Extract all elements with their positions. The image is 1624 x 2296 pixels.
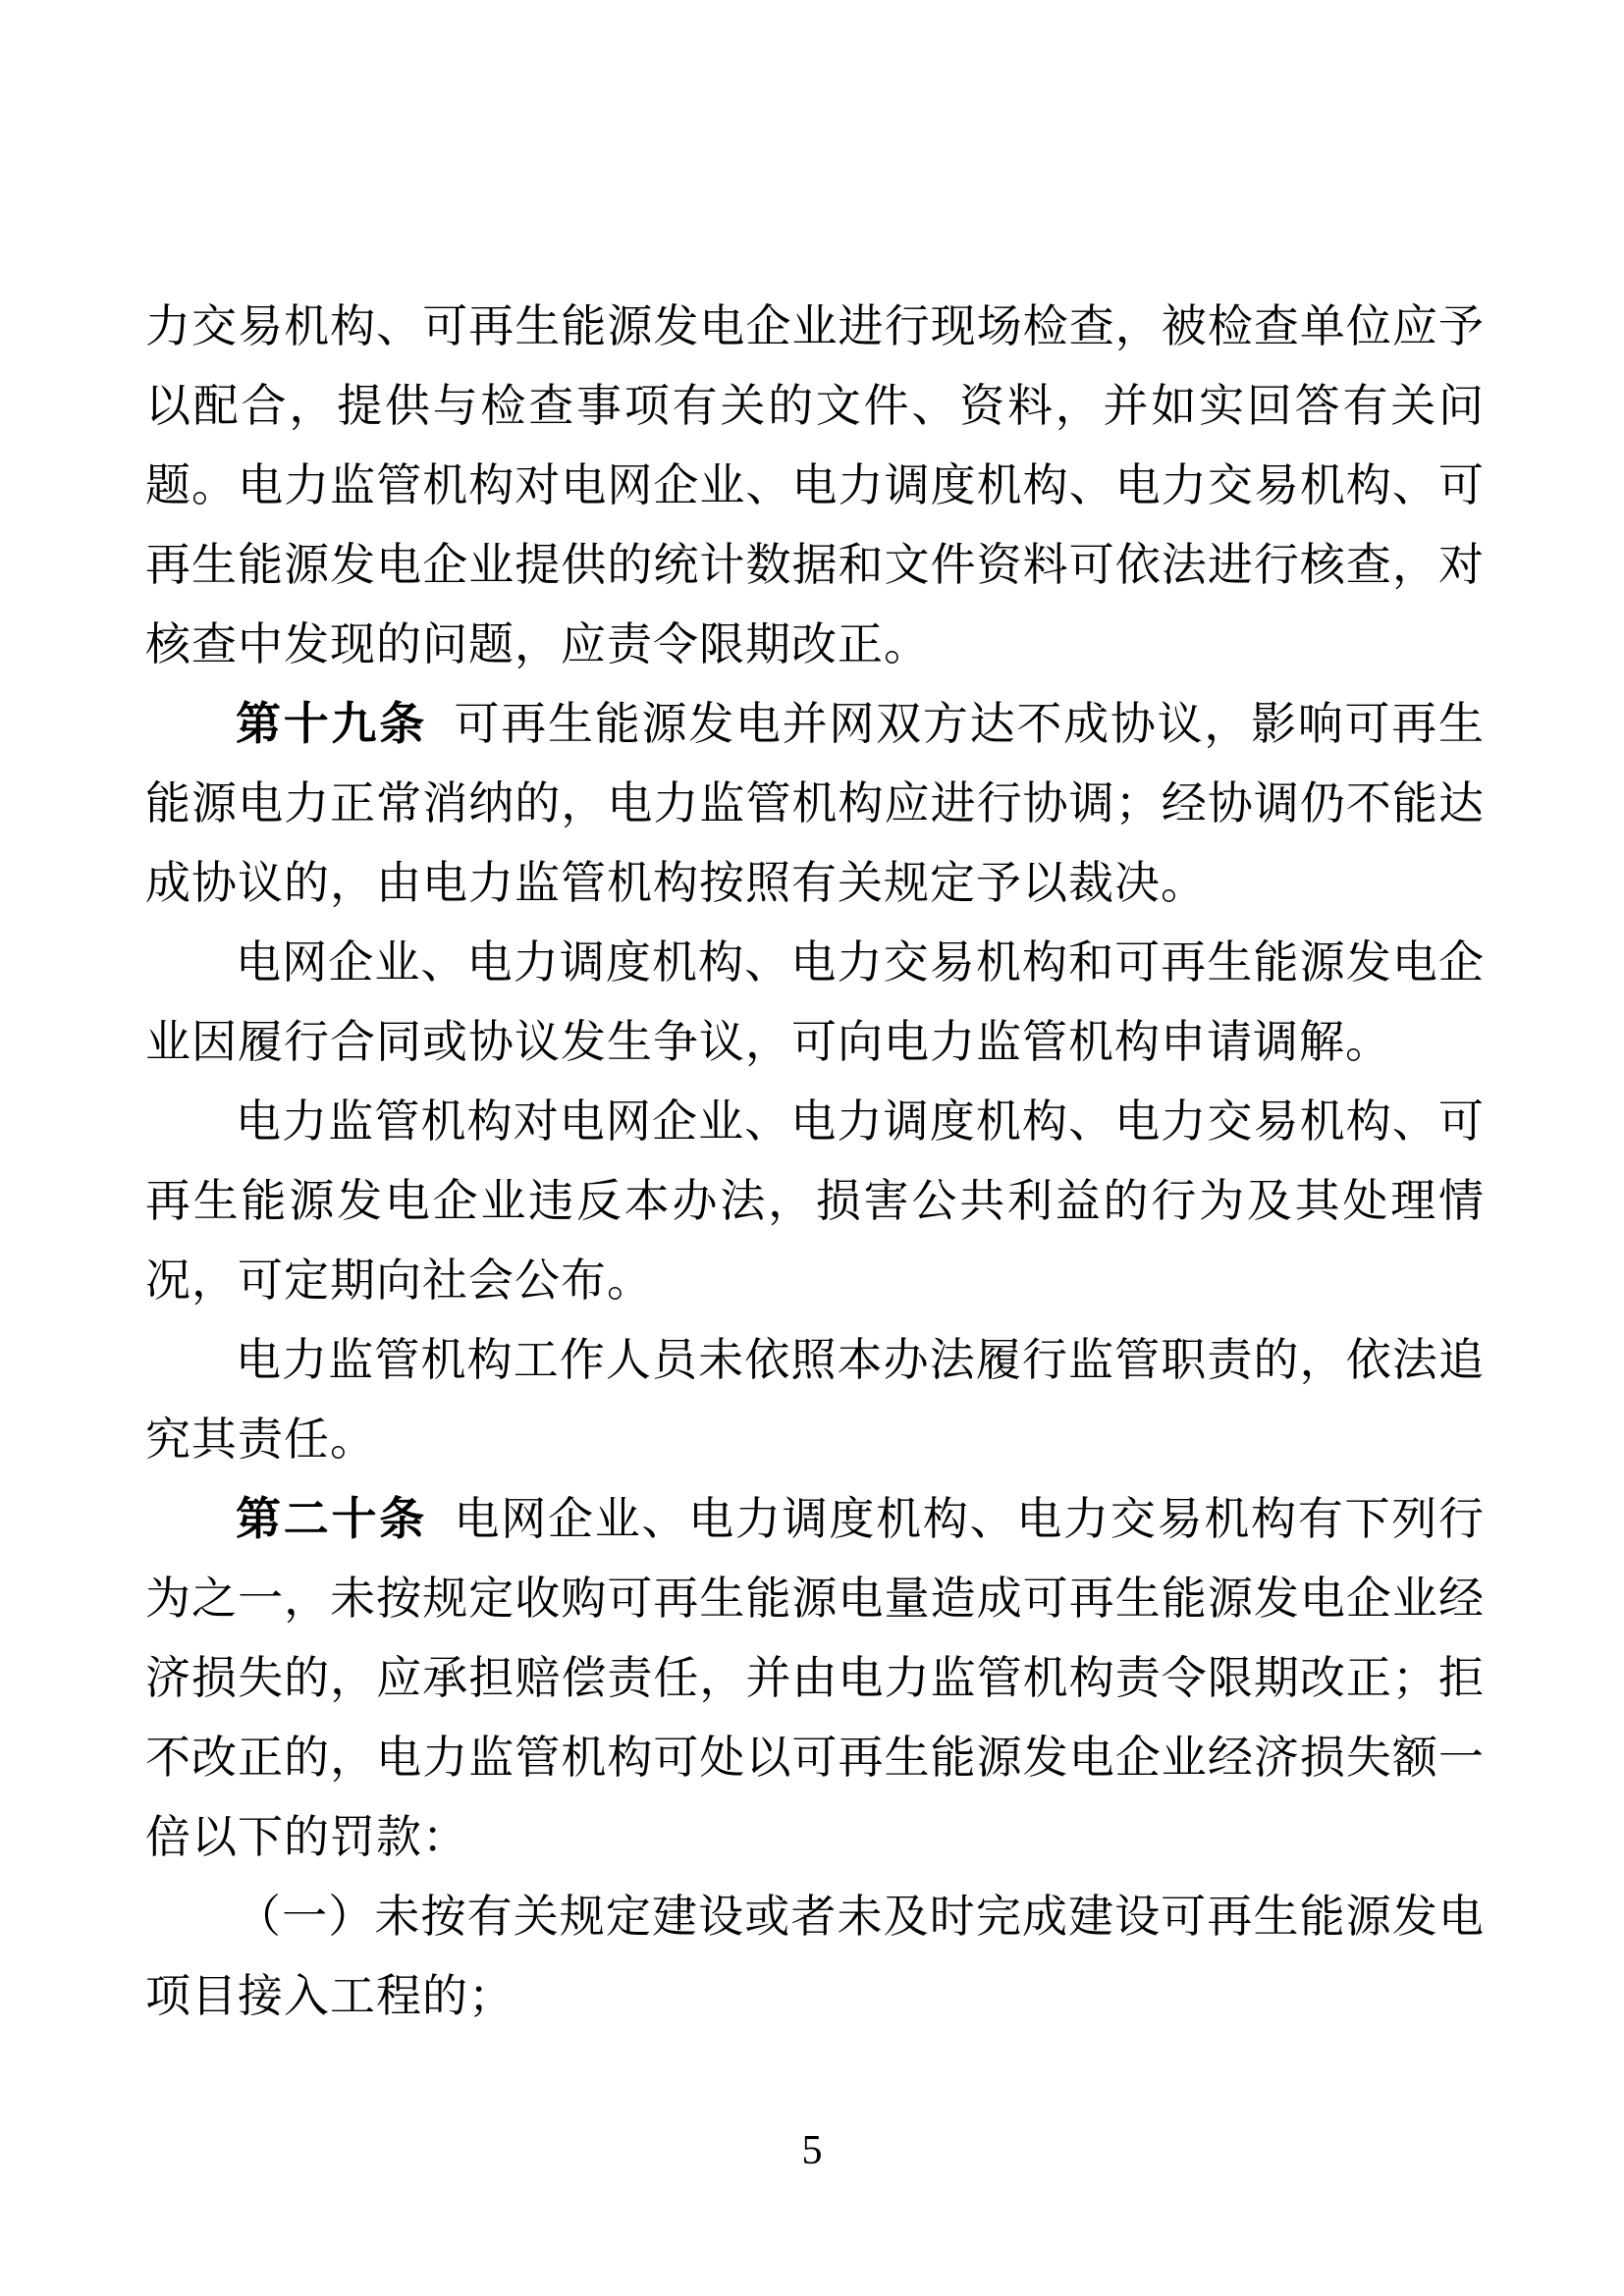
paragraph-text: 电网企业、电力调度机构、电力交易机构有下列行为之一，未按规定收购可再生能源电量造… — [145, 1494, 1485, 1862]
article-20-heading: 第二十条 — [236, 1494, 427, 1544]
paragraph-item-1: （一）未按有关规定建设或者未及时完成建设可再生能源发电项目接入工程的； — [145, 1877, 1485, 2036]
paragraph-text: 电力监管机构对电网企业、电力调度机构、电力交易机构、可再生能源发电企业违反本办法… — [145, 1096, 1485, 1306]
paragraph-staff-accountability: 电力监管机构工作人员未依照本办法履行监管职责的，依法追究其责任。 — [145, 1320, 1485, 1479]
paragraph-public-disclosure: 电力监管机构对电网企业、电力调度机构、电力交易机构、可再生能源发电企业违反本办法… — [145, 1082, 1485, 1320]
paragraph-text: 电力监管机构工作人员未依照本办法履行监管职责的，依法追究其责任。 — [145, 1335, 1485, 1465]
document-body: 力交易机构、可再生能源发电企业进行现场检查，被检查单位应予以配合，提供与检查事项… — [145, 287, 1485, 2036]
paragraph-continuation: 力交易机构、可再生能源发电企业进行现场检查，被检查单位应予以配合，提供与检查事项… — [145, 287, 1485, 684]
paragraph-text: 力交易机构、可再生能源发电企业进行现场检查，被检查单位应予以配合，提供与检查事项… — [145, 301, 1485, 669]
paragraph-article-19: 第十九条可再生能源发电并网双方达不成协议，影响可再生能源电力正常消纳的，电力监管… — [145, 684, 1485, 923]
paragraph-dispute-mediation: 电网企业、电力调度机构、电力交易机构和可再生能源发电企业因履行合同或协议发生争议… — [145, 923, 1485, 1082]
page-number: 5 — [0, 2128, 1624, 2173]
paragraph-article-20: 第二十条电网企业、电力调度机构、电力交易机构有下列行为之一，未按规定收购可再生能… — [145, 1479, 1485, 1877]
paragraph-text: 电网企业、电力调度机构、电力交易机构和可再生能源发电企业因履行合同或协议发生争议… — [145, 937, 1485, 1067]
document-page: 力交易机构、可再生能源发电企业进行现场检查，被检查单位应予以配合，提供与检查事项… — [0, 0, 1624, 2296]
article-19-heading: 第十九条 — [236, 699, 427, 749]
paragraph-text: （一）未按有关规定建设或者未及时完成建设可再生能源发电项目接入工程的； — [145, 1892, 1485, 2021]
